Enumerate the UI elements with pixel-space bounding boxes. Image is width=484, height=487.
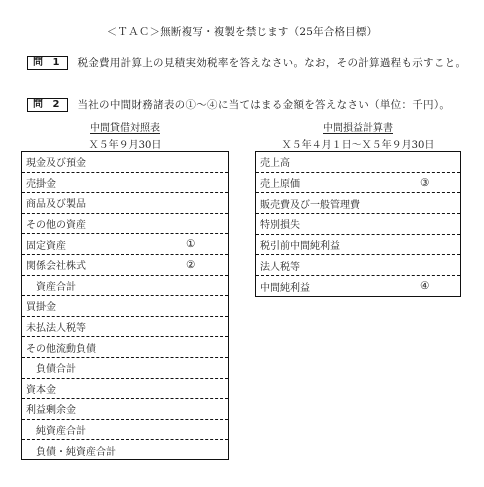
row-label: 商品及び製品	[22, 195, 86, 210]
row-label: 資産合計	[22, 278, 76, 293]
bs-row-retained-earnings: 利益剰余金	[22, 399, 228, 420]
answer-marker-4: ④	[420, 280, 429, 292]
row-label: 負債合計	[22, 360, 76, 375]
bs-row-cash: 現金及び預金	[22, 152, 228, 173]
row-label: 税引前中間純利益	[256, 237, 340, 252]
is-row-cost-of-sales: 売上原価③	[256, 173, 460, 194]
balance-sheet-table: 現金及び預金 売掛金 商品及び製品 その他の資産 固定資産① 関係会社株式② 資…	[21, 151, 229, 460]
balance-sheet-date: Ｘ５年９月30日	[21, 136, 229, 151]
row-label: 売掛金	[22, 175, 56, 190]
bs-row-taxes-payable: 未払法人税等	[22, 317, 228, 338]
row-label: 販売費及び一般管理費	[256, 196, 360, 211]
row-label: 資本金	[22, 381, 56, 396]
bs-row-total-liabilities-net-assets: 負債・純資産合計	[22, 440, 228, 461]
answer-marker-1: ①	[186, 238, 195, 250]
row-label: 中間純利益	[256, 279, 310, 294]
bs-row-inventory: 商品及び製品	[22, 193, 228, 214]
row-label: 売上原価	[256, 175, 300, 190]
bs-row-total-net-assets: 純資産合計	[22, 420, 228, 441]
bs-row-total-assets: 資産合計	[22, 276, 228, 297]
bs-row-affiliate-shares: 関係会社株式②	[22, 255, 228, 276]
question-2: 問 2 当社の中間財務諸表の①～④に当てはまる金額を答えなさい（単位：千円）。	[27, 97, 450, 112]
is-row-extraordinary-loss: 特別損失	[256, 214, 460, 235]
income-statement-date: Ｘ５年４月１日～Ｘ５年９月30日	[255, 136, 461, 151]
bs-row-receivables: 売掛金	[22, 173, 228, 194]
row-label: 買掛金	[22, 298, 56, 313]
row-label: その他流動負債	[22, 340, 96, 355]
row-label: 売上高	[256, 154, 290, 169]
bs-row-capital-stock: 資本金	[22, 379, 228, 400]
is-row-net-income: 中間純利益④	[256, 276, 460, 297]
income-statement-title: 中間損益計算書	[255, 119, 461, 134]
balance-sheet-title: 中間貸借対照表	[21, 119, 229, 134]
row-label: 未払法人税等	[22, 319, 86, 334]
row-label: 負債・純資産合計	[22, 443, 116, 458]
bs-row-total-liabilities: 負債合計	[22, 358, 228, 379]
row-label: 純資産合計	[22, 422, 86, 437]
question-2-label: 問 2	[27, 98, 68, 112]
bs-row-other-current-liabilities: その他流動負債	[22, 337, 228, 358]
copyright-notice: ＜ＴＡＣ＞無断複写・複製を禁じます（25年合格目標）	[0, 24, 484, 39]
row-label: 利益剰余金	[22, 401, 76, 416]
question-1-text: 税金費用計算上の見積実効税率を答えなさい。なお，その計算過程も示すこと。	[77, 55, 466, 70]
is-row-sales: 売上高	[256, 152, 460, 173]
row-label: 関係会社株式	[22, 257, 86, 272]
is-row-pretax-income: 税引前中間純利益	[256, 235, 460, 256]
row-label: 特別損失	[256, 216, 300, 231]
answer-marker-2: ②	[186, 259, 195, 271]
question-2-text: 当社の中間財務諸表の①～④に当てはまる金額を答えなさい（単位：千円）。	[77, 97, 450, 112]
row-label: 現金及び預金	[22, 154, 86, 169]
row-label: 法人税等	[256, 258, 300, 273]
bs-row-fixed-assets: 固定資産①	[22, 234, 228, 255]
income-statement-table: 売上高 売上原価③ 販売費及び一般管理費 特別損失 税引前中間純利益 法人税等 …	[255, 151, 461, 297]
bs-row-other-assets: その他の資産	[22, 214, 228, 235]
question-1: 問 1 税金費用計算上の見積実効税率を答えなさい。なお，その計算過程も示すこと。	[27, 55, 466, 70]
bs-row-payables: 買掛金	[22, 296, 228, 317]
answer-marker-3: ③	[420, 177, 429, 189]
is-row-sga: 販売費及び一般管理費	[256, 193, 460, 214]
row-label: その他の資産	[22, 216, 86, 231]
row-label: 固定資産	[22, 237, 66, 252]
question-1-label: 問 1	[27, 56, 68, 70]
is-row-income-taxes: 法人税等	[256, 255, 460, 276]
